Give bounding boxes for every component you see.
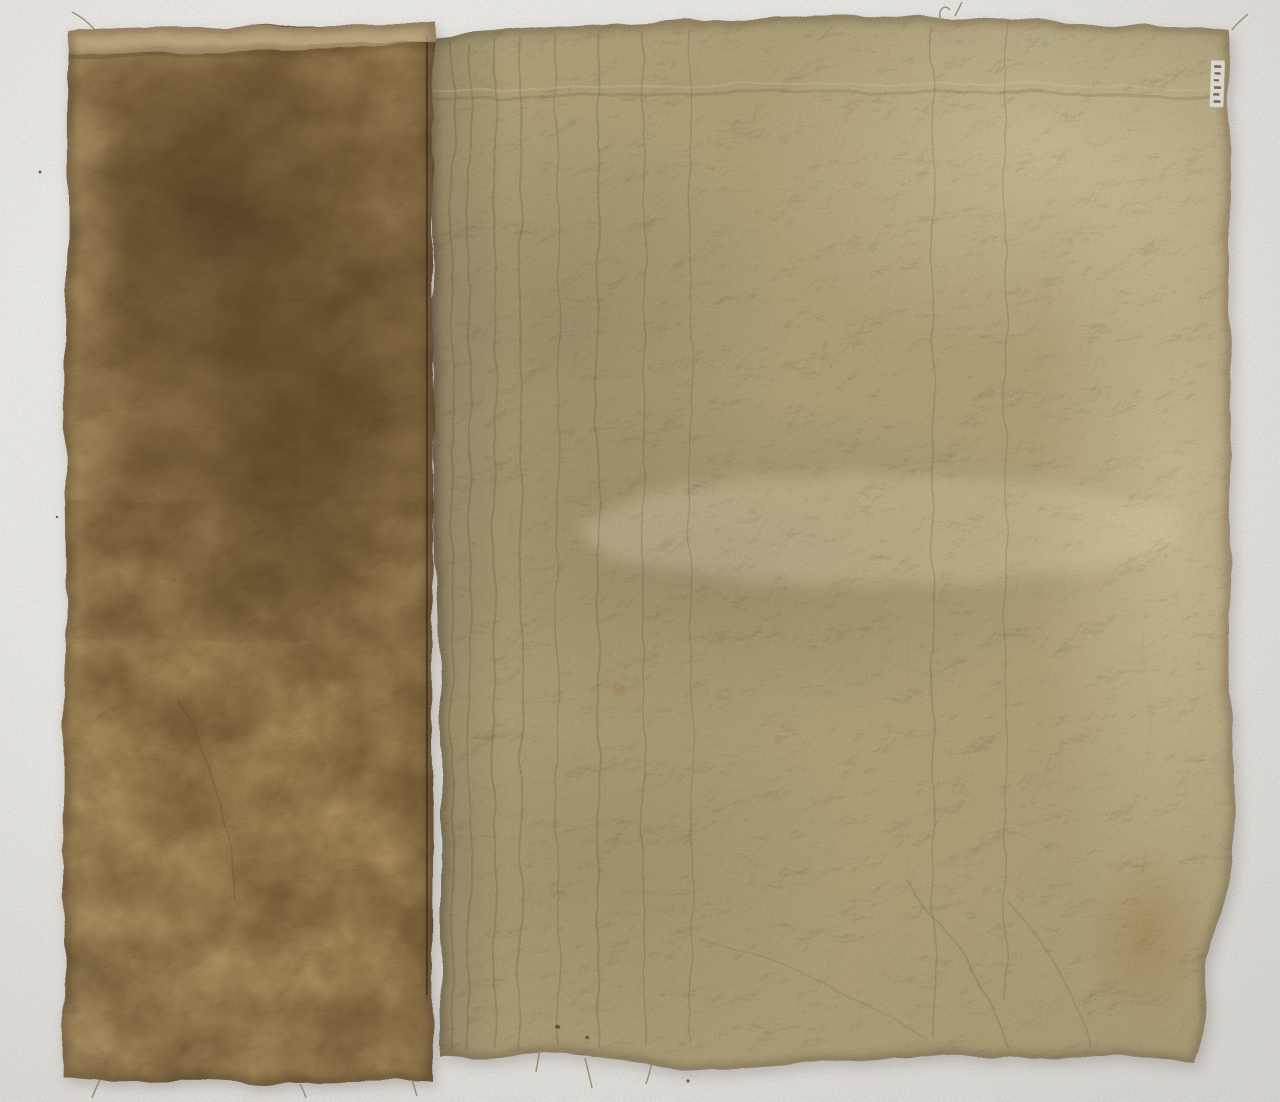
photo-canvas bbox=[0, 0, 1280, 1102]
photo-vignette bbox=[0, 0, 1280, 1102]
barkcloth-photograph bbox=[0, 0, 1280, 1102]
